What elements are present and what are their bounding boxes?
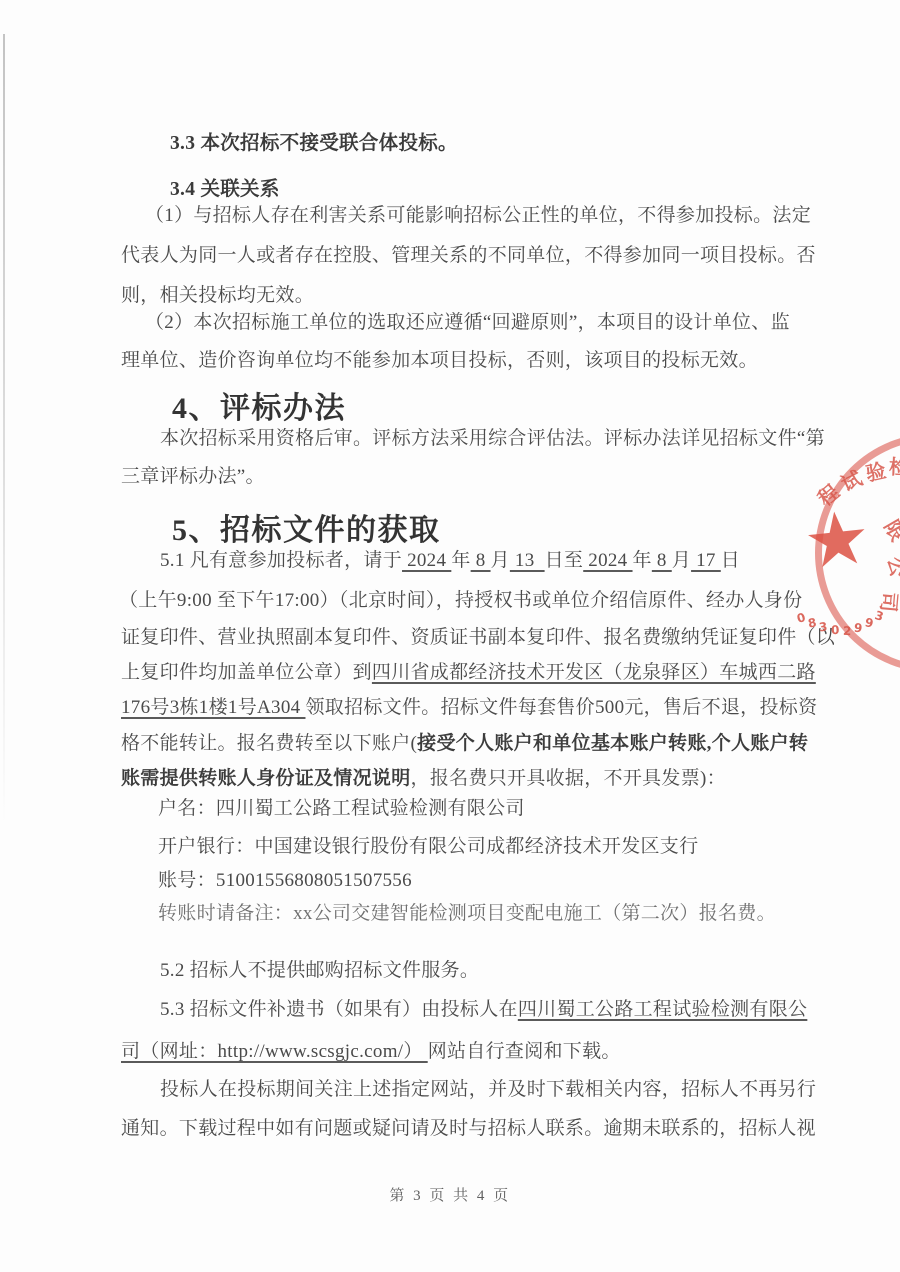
account-bank-line: 开户银行：中国建设银行股份有限公司成都经济技术开发区支行 [158, 836, 698, 858]
section-3-3-heading: 3.3 本次招标不接受联合体投标。 [170, 133, 458, 155]
text-run: 年 [451, 550, 470, 571]
account-name-line: 户名：四川蜀工公路工程试验检测有限公司 [158, 798, 525, 820]
text-run: 四川蜀工公路工程试验检测有限公 [518, 999, 808, 1020]
para-5-1-line6: 格不能转让。报名费转至以下账户(接受个人账户和单位基本账户转账,个人账户转 [121, 733, 808, 755]
para-5-1-line4: 上复印件均加盖单位公章）到四川省成都经济技术开发区（龙泉驿区）车城西二路 [121, 662, 816, 684]
text-run: 接受个人账户和单位基本账户转账,个人账户转 [417, 733, 808, 754]
section-4-heading: 4、评标办法 [172, 392, 346, 427]
text-run: 格不能转让。报名费转至以下账户( [121, 733, 417, 754]
text-run: 5、招标文件的获取 [172, 514, 441, 547]
document-body: 3.3 本次招标不接受联合体投标。3.4 关联关系（1）与招标人存在利害关系可能… [0, 0, 900, 1272]
para-5-1-line5: 176号3栋1楼1号A304 领取招标文件。招标文件每套售价500元，售后不退，… [121, 697, 817, 719]
para-5-3-line2: 司（网址：http://www.scsgjc.com/） 网站自行查阅和下载。 [121, 1041, 621, 1063]
text-run: 5.2 招标人不提供邮购招标文件服务。 [160, 960, 479, 981]
text-run: 13 [510, 550, 545, 571]
para-5-1-line2: （上午9:00 至下午17:00）（北京时间），持授权书或单位介绍信原件、经办人… [119, 590, 802, 612]
text-run: 理单位、造价咨询单位均不能参加本项目投标，否则，该项目的投标无效。 [121, 350, 758, 371]
para-5-3-line4: 通知。下载过程中如有问题或疑问请及时与招标人联系。逾期未联系的，招标人视 [121, 1118, 816, 1140]
text-run: （1）与招标人存在利害关系可能影响招标公正性的单位，不得参加投标。法定 [145, 205, 811, 226]
text-run: 月 [672, 550, 691, 571]
text-run: 5.3 招标文件补遗书（如果有）由投标人在 [160, 999, 518, 1020]
text-run: 日 [721, 550, 740, 571]
para-3-4-1-line1: （1）与招标人存在利害关系可能影响招标公正性的单位，不得参加投标。法定 [145, 205, 811, 227]
text-run: 17 [691, 550, 721, 571]
para-4-line2: 三章评标办法”。 [121, 466, 265, 488]
text-run: 司（网址：http://www.scsgjc.com/） [121, 1041, 428, 1062]
document-page: 3.3 本次招标不接受联合体投标。3.4 关联关系（1）与招标人存在利害关系可能… [0, 0, 900, 1272]
text-run: 投标人在投标期间关注上述指定网站，并及时下载相关内容，招标人不再另行 [160, 1079, 816, 1100]
text-run: 8 [652, 550, 672, 571]
text-run: 5.1 凡有意参加投标者，请于 [160, 550, 402, 571]
text-run: 3.4 关联关系 [170, 179, 280, 200]
para-5-1-line3: 证复印件、营业执照副本复印件、资质证书副本复印件、报名费缴纳凭证复印件（以 [121, 627, 835, 649]
text-run: 账需提供转账人身份证及情况说明 [121, 768, 411, 789]
para-5-2-line1: 5.2 招标人不提供邮购招标文件服务。 [160, 960, 479, 982]
text-run: 年 [633, 550, 652, 571]
text-run: 2024 [583, 550, 632, 571]
text-run: 三章评标办法”。 [121, 466, 265, 487]
text-run: （2）本次招标施工单位的选取还应遵循“回避原则”，本项目的设计单位、监 [145, 312, 790, 333]
para-5-1-line7: 账需提供转账人身份证及情况说明，报名费只开具收据，不开具发票)： [121, 768, 726, 790]
text-run: 则，相关投标均无效。 [121, 285, 314, 306]
text-run: 证复印件、营业执照副本复印件、资质证书副本复印件、报名费缴纳凭证复印件（以 [121, 627, 835, 648]
text-run: 本次招标采用资格后审。评标方法采用综合评估法。评标办法详见招标文件“第 [160, 428, 825, 449]
section-3-4-heading: 3.4 关联关系 [170, 179, 280, 201]
para-3-4-1-line3: 则，相关投标均无效。 [121, 285, 314, 307]
text-run: 2024 [402, 550, 451, 571]
para-3-4-1-line2: 代表人为同一人或者存在控股、管理关系的不同单位，不得参加同一项目投标。否 [121, 245, 816, 267]
transfer-note-line: 转账时请备注：xx公司交建智能检测项目变配电施工（第二次）报名费。 [158, 903, 776, 925]
account-number-line: 账号：51001556808051507556 [158, 870, 412, 892]
text-run: 通知。下载过程中如有问题或疑问请及时与招标人联系。逾期未联系的，招标人视 [121, 1118, 816, 1139]
text-run: 代表人为同一人或者存在控股、管理关系的不同单位，不得参加同一项目投标。否 [121, 245, 816, 266]
section-5-heading: 5、招标文件的获取 [172, 514, 441, 549]
text-run: 176号3栋1楼1号A304 [121, 697, 305, 718]
text-run: 开户银行：中国建设银行股份有限公司成都经济技术开发区支行 [158, 836, 698, 857]
para-4-line1: 本次招标采用资格后审。评标方法采用综合评估法。评标办法详见招标文件“第 [160, 428, 825, 450]
text-run: 转账时请备注：xx公司交建智能检测项目变配电施工（第二次）报名费。 [158, 903, 776, 924]
para-5-3-line3: 投标人在投标期间关注上述指定网站，并及时下载相关内容，招标人不再另行 [160, 1079, 816, 1101]
para-5-3-line1: 5.3 招标文件补遗书（如果有）由投标人在四川蜀工公路工程试验检测有限公 [160, 999, 807, 1021]
text-run: 领取招标文件。招标文件每套售价500元，售后不退，投标资 [305, 697, 817, 718]
para-3-4-2-line2: 理单位、造价咨询单位均不能参加本项目投标，否则，该项目的投标无效。 [121, 350, 758, 372]
text-run: 月 [491, 550, 510, 571]
text-run: 四川省成都经济技术开发区（龙泉驿区）车城西二路 [372, 662, 816, 683]
text-run: （上午9:00 至下午17:00）（北京时间），持授权书或单位介绍信原件、经办人… [119, 590, 802, 611]
page-footer: 第 3 页 共 4 页 [0, 1184, 900, 1205]
text-run: 8 [471, 550, 491, 571]
text-run: 4、评标办法 [172, 392, 346, 425]
text-run: 账号：51001556808051507556 [158, 870, 412, 891]
text-run: 日至 [545, 550, 584, 571]
para-5-1-line1: 5.1 凡有意参加投标者，请于 2024 年 8 月 13 日至 2024 年 … [160, 550, 740, 572]
text-run: 户名：四川蜀工公路工程试验检测有限公司 [158, 798, 525, 819]
text-run: ，报名费只开具收据，不开具发票)： [411, 768, 726, 789]
text-run: 网站自行查阅和下载。 [428, 1041, 621, 1062]
text-run: 3.3 本次招标不接受联合体投标。 [170, 133, 458, 154]
para-3-4-2-line1: （2）本次招标施工单位的选取还应遵循“回避原则”，本项目的设计单位、监 [145, 312, 790, 334]
text-run: 上复印件均加盖单位公章）到 [121, 662, 372, 683]
